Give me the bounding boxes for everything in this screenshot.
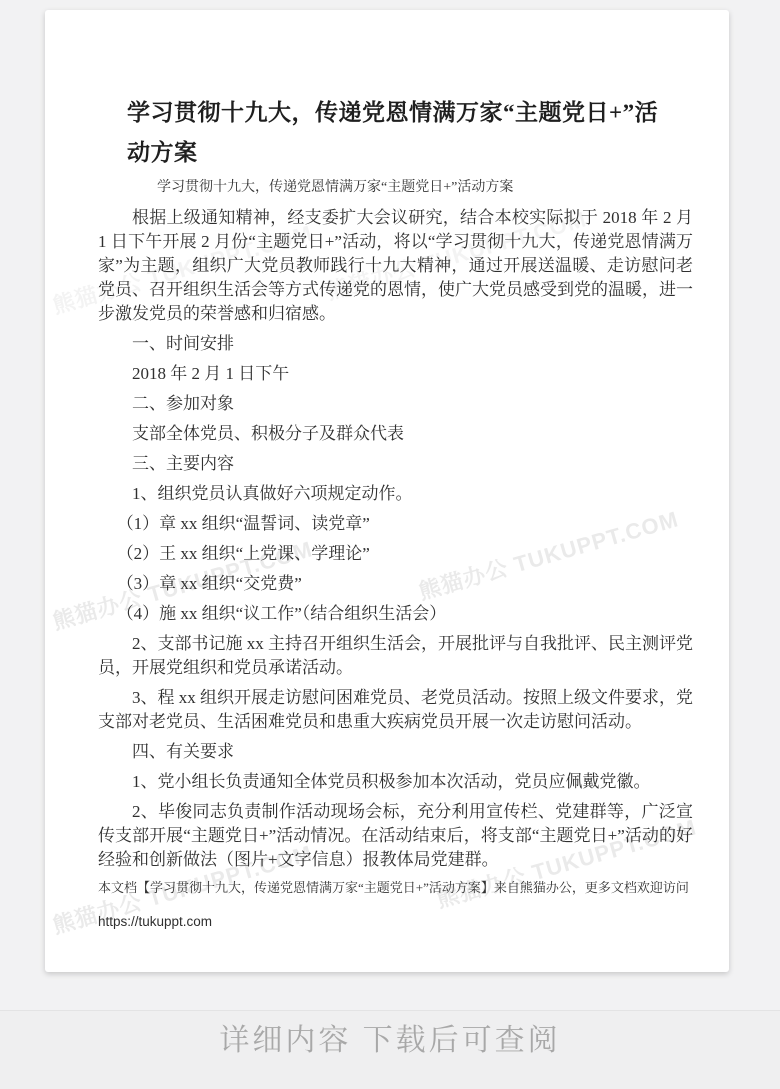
document-body: 根据上级通知精神，经支委扩大会议研究，结合本校实际拟于 2018 年 2 月 1…	[98, 206, 693, 872]
document-subtitle: 学习贯彻十九大，传递党恩情满万家“主题党日+”活动方案	[157, 178, 693, 198]
document-paragraph: 四、有关要求	[98, 740, 693, 764]
document-paragraph: 一、时间安排	[98, 332, 693, 356]
document-paragraph: 根据上级通知精神，经支委扩大会议研究，结合本校实际拟于 2018 年 2 月 1…	[98, 206, 693, 326]
document-paragraph: 2、支部书记施 xx 主持召开组织生活会，开展批评与自我批评、民主测评党员，开展…	[98, 632, 693, 680]
document-paragraph: （4）施 xx 组织“议工作”（结合组织生活会）	[98, 602, 693, 626]
bottom-bar: 详细内容 下载后可查阅	[0, 1010, 780, 1089]
bottom-bar-label: 详细内容 下载后可查阅	[219, 1022, 560, 1059]
document-paragraph: 三、主要内容	[98, 452, 693, 476]
document-paragraph: 支部全体党员、积极分子及群众代表	[98, 422, 693, 446]
source-url: https://tukuppt.com	[98, 912, 693, 932]
document-paragraph: （3）章 xx 组织“交党费”	[98, 572, 693, 596]
document-paragraph: 1、党小组长负责通知全体党员积极参加本次活动，党员应佩戴党徽。	[98, 770, 693, 794]
source-note: 本文档【学习贯彻十九大，传递党恩情满万家“主题党日+”活动方案】来自熊猫办公，更…	[98, 878, 693, 898]
document-paragraph: （1）章 xx 组织“温誓词、读党章”	[98, 512, 693, 536]
document-page: 熊猫办公 TUKUPPT.COM熊猫办公 TUKUPPT.COM熊猫办公 TUK…	[45, 10, 729, 972]
preview-canvas: { "document": { "title": "学习贯彻十九大，传递党恩情满…	[0, 0, 780, 1089]
document-paragraph: 2、毕俊同志负责制作活动现场会标，充分利用宣传栏、党建群等，广泛宣传支部开展“主…	[98, 800, 693, 872]
document-title: 学习贯彻十九大，传递党恩情满万家“主题党日+”活动方案	[127, 93, 675, 173]
document-paragraph: 2018 年 2 月 1 日下午	[98, 362, 693, 386]
document-paragraph: 二、参加对象	[98, 392, 693, 416]
document-paragraph: （2）王 xx 组织“上党课、学理论”	[98, 542, 693, 566]
document-paragraph: 1、组织党员认真做好六项规定动作。	[98, 482, 693, 506]
document-content: 学习贯彻十九大，传递党恩情满万家“主题党日+”活动方案 学习贯彻十九大，传递党恩…	[98, 93, 693, 932]
document-paragraph: 3、程 xx 组织开展走访慰问困难党员、老党员活动。按照上级文件要求，党支部对老…	[98, 686, 693, 734]
